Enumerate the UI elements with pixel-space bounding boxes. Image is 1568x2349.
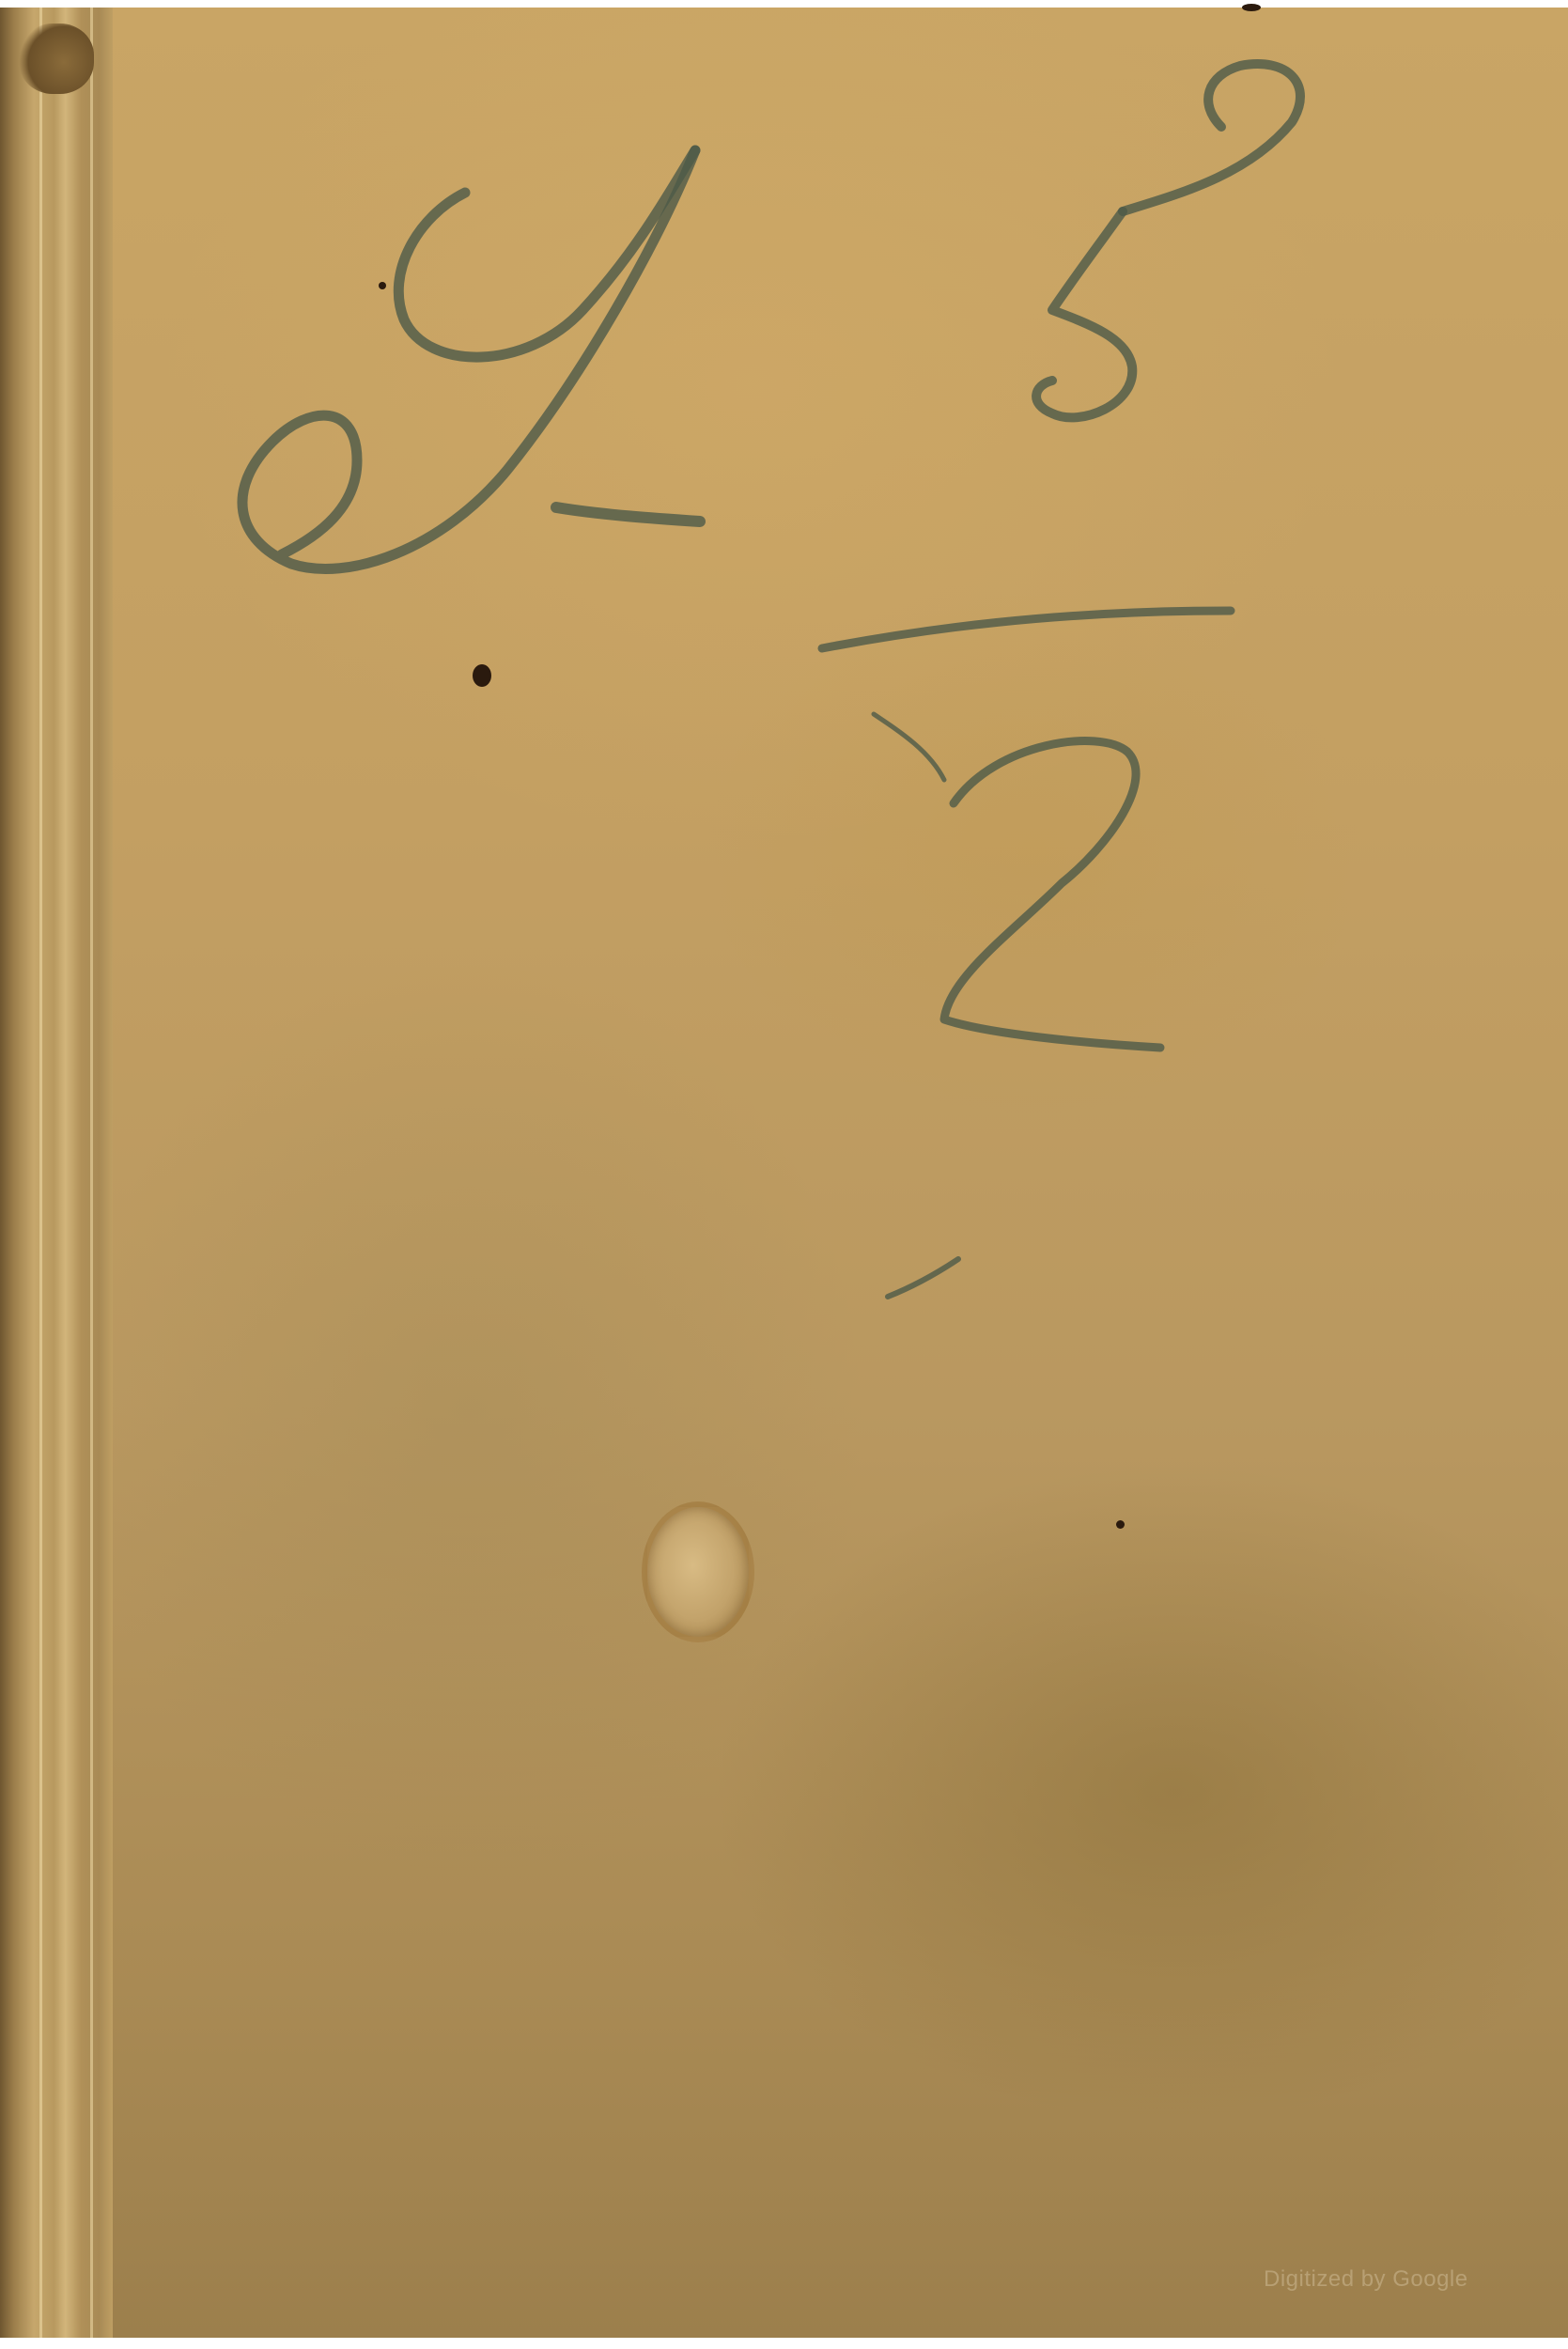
pencil-shelfmark xyxy=(0,0,1568,2349)
ink-speck xyxy=(1116,1520,1125,1529)
shelfmark-fraction-bar xyxy=(822,611,1231,648)
stray-pencil-tick xyxy=(888,1259,958,1297)
embossed-seal-impression xyxy=(642,1501,754,1642)
shelfmark-dash xyxy=(556,507,700,521)
scan-bottom-margin xyxy=(0,2338,1568,2349)
ink-speck xyxy=(473,664,491,687)
digitized-by-google-watermark: Digitized by Google xyxy=(1264,2266,1468,2293)
ink-speck xyxy=(1242,4,1261,11)
ink-speck xyxy=(379,282,386,289)
shelfmark-digit-five xyxy=(1123,64,1300,211)
shelfmark-digit-two xyxy=(944,741,1160,1048)
